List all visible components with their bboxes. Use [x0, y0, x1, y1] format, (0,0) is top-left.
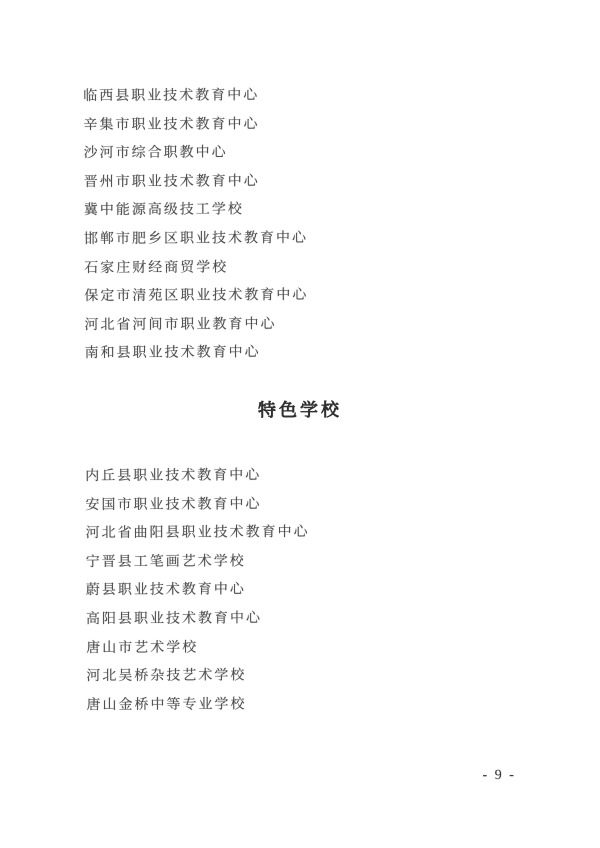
school-name: 蔚县职业技术教育中心 — [86, 576, 310, 606]
document-page: 临西县职业技术教育中心辛集市职业技术教育中心沙河市综合职教中心晋州市职业技术教育… — [0, 0, 600, 848]
school-name: 唐山市艺术学校 — [86, 634, 310, 664]
school-name: 沙河市综合职教中心 — [84, 139, 308, 169]
school-name: 临西县职业技术教育中心 — [83, 82, 307, 112]
school-name: 河北省河间市职业教育中心 — [84, 311, 308, 341]
school-name: 南和县职业技术教育中心 — [85, 339, 309, 369]
school-name: 晋州市职业技术教育中心 — [84, 168, 308, 198]
school-list-featured: 内丘县职业技术教育中心安国市职业技术教育中心河北省曲阳县职业技术教育中心宁晋县工… — [85, 462, 310, 721]
school-name: 宁晋县工笔画艺术学校 — [86, 548, 310, 578]
school-name: 石家庄财经商贸学校 — [84, 254, 308, 284]
section-heading: 特色学校 — [0, 394, 600, 423]
school-name: 保定市清苑区职业技术教育中心 — [84, 282, 308, 312]
school-name: 高阳县职业技术教育中心 — [86, 605, 310, 635]
school-name: 冀中能源高级技工学校 — [84, 196, 308, 226]
school-list-primary: 临西县职业技术教育中心辛集市职业技术教育中心沙河市综合职教中心晋州市职业技术教育… — [83, 82, 308, 369]
school-name: 安国市职业技术教育中心 — [85, 491, 309, 521]
school-name: 邯郸市肥乡区职业技术教育中心 — [84, 225, 308, 255]
school-name: 辛集市职业技术教育中心 — [83, 111, 307, 141]
school-name: 唐山金桥中等专业学校 — [86, 691, 310, 721]
scanned-content: 临西县职业技术教育中心辛集市职业技术教育中心沙河市综合职教中心晋州市职业技术教育… — [0, 0, 600, 848]
page-number: - 9 - — [482, 768, 515, 784]
school-name: 河北吴桥杂技艺术学校 — [86, 662, 310, 692]
school-name: 内丘县职业技术教育中心 — [85, 462, 309, 492]
school-name: 河北省曲阳县职业技术教育中心 — [86, 519, 310, 549]
